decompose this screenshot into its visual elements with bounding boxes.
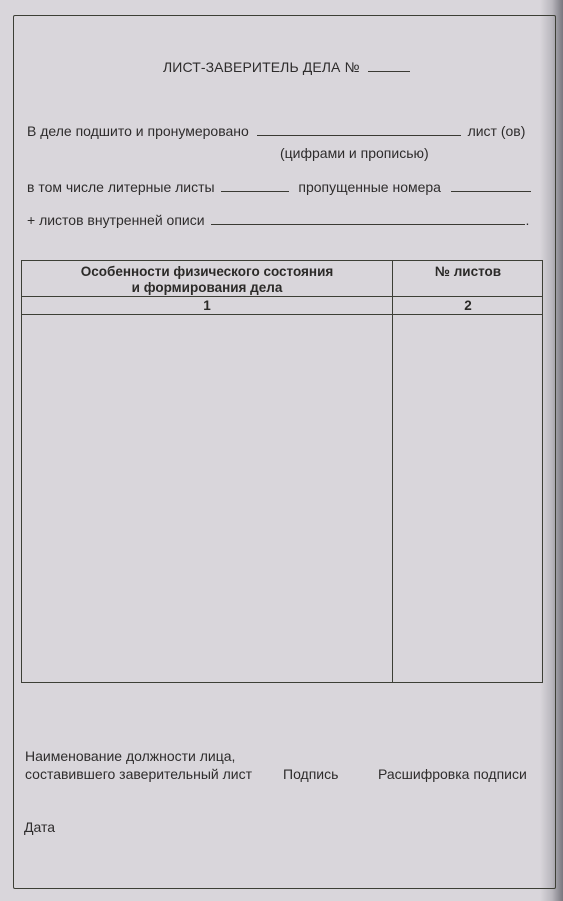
sheets-count-hint: (цифрами и прописью) [280,145,429,161]
letter-sheets-field[interactable] [221,179,289,192]
signature-label: Подпись [283,765,338,783]
condition-entry-area[interactable] [22,316,391,682]
column-number-2: 2 [393,298,543,314]
column-divider [392,261,393,682]
inner-inventory-line: + листов внутренней описи . [27,212,529,228]
inner-inventory-label: + листов внутренней описи [27,212,205,228]
column-header-sheets: № листов [393,264,543,280]
letter-sheets-line: в том числе литерные листы пропущенные н… [27,179,531,195]
sheets-count-line: В деле подшито и пронумеровано лист (ов) [27,123,525,139]
signer-position-label: Наименование должности лица, составившег… [25,747,252,783]
missing-numbers-field[interactable] [451,179,531,192]
missing-numbers-label: пропущенные номера [298,179,441,195]
letter-sheets-label: в том числе литерные листы [27,179,215,195]
document-title: ЛИСТ-ЗАВЕРИТЕЛЬ ДЕЛА № [163,59,410,75]
inner-inventory-suffix: . [525,212,529,228]
sheets-count-suffix: лист (ов) [468,123,526,139]
sheets-count-label: В деле подшито и пронумеровано [27,123,249,139]
case-number-field[interactable] [368,59,410,72]
column-number-1: 1 [22,298,392,314]
sheets-count-field[interactable] [257,123,461,136]
sheets-entry-area[interactable] [394,316,542,682]
number-row-separator [22,314,542,315]
inner-inventory-field[interactable] [211,212,525,225]
condition-table: Особенности физического состояния и форм… [21,260,543,683]
date-label: Дата [24,818,55,836]
header-separator [22,296,542,297]
column-header-condition: Особенности физического состояния и форм… [22,264,392,296]
title-text: ЛИСТ-ЗАВЕРИТЕЛЬ ДЕЛА № [163,59,360,75]
signature-decode-label: Расшифровка подписи [378,765,527,783]
